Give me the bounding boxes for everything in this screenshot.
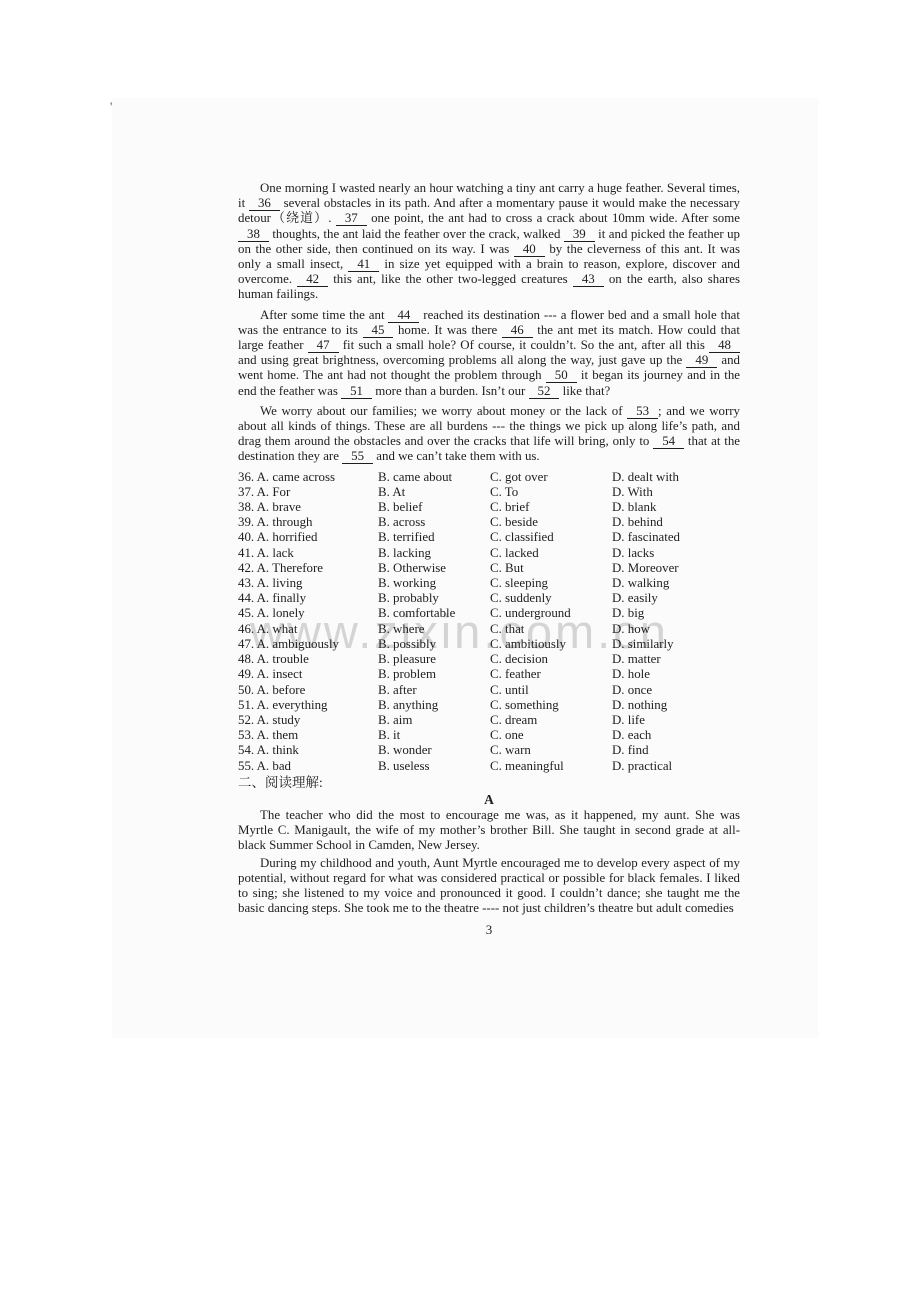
option-row-46: 46. A. whatB. whereC. thatD. how: [238, 622, 740, 637]
cloze-blank: 49: [686, 353, 717, 368]
option-c: C. one: [490, 728, 612, 743]
option-row-39: 39. A. throughB. acrossC. besideD. behin…: [238, 515, 740, 530]
option-c: C. classified: [490, 530, 612, 545]
reading-paragraph: During my childhood and youth, Aunt Myrt…: [238, 856, 740, 917]
option-b: B. useless: [378, 759, 490, 774]
option-c: C. dream: [490, 713, 612, 728]
option-a: 36. A. came across: [238, 470, 378, 485]
passage-label: A: [238, 792, 740, 808]
option-b: B. Otherwise: [378, 561, 490, 576]
option-c: C. feather: [490, 667, 612, 682]
option-b: B. across: [378, 515, 490, 530]
option-a: 50. A. before: [238, 683, 378, 698]
option-d: D. similarly: [612, 637, 740, 652]
option-c: C. But: [490, 561, 612, 576]
option-b: B. came about: [378, 470, 490, 485]
option-d: D. once: [612, 683, 740, 698]
page-number: 3: [238, 922, 740, 938]
option-a: 54. A. think: [238, 743, 378, 758]
option-d: D. Moreover: [612, 561, 740, 576]
cloze-paragraph: We worry about our families; we worry ab…: [238, 404, 740, 465]
scan-artifact-mark: ': [110, 99, 112, 115]
option-b: B. working: [378, 576, 490, 591]
option-row-42: 42. A. ThereforeB. OtherwiseC. ButD. Mor…: [238, 561, 740, 576]
option-d: D. easily: [612, 591, 740, 606]
option-d: D. nothing: [612, 698, 740, 713]
options-list: 36. A. came acrossB. came aboutC. got ov…: [238, 470, 740, 774]
option-row-36: 36. A. came acrossB. came aboutC. got ov…: [238, 470, 740, 485]
reading-paragraphs: The teacher who did the most to encourag…: [238, 808, 740, 916]
option-row-49: 49. A. insectB. problemC. featherD. hole: [238, 667, 740, 682]
option-b: B. where: [378, 622, 490, 637]
option-c: C. got over: [490, 470, 612, 485]
option-c: C. ambitiously: [490, 637, 612, 652]
option-b: B. after: [378, 683, 490, 698]
option-a: 43. A. living: [238, 576, 378, 591]
option-a: 37. A. For: [238, 485, 378, 500]
option-c: C. until: [490, 683, 612, 698]
option-row-47: 47. A. ambiguouslyB. possiblyC. ambitiou…: [238, 637, 740, 652]
option-a: 48. A. trouble: [238, 652, 378, 667]
option-row-50: 50. A. beforeB. afterC. untilD. once: [238, 683, 740, 698]
reading-paragraph: The teacher who did the most to encourag…: [238, 808, 740, 854]
option-c: C. warn: [490, 743, 612, 758]
option-c: C. that: [490, 622, 612, 637]
cloze-blank: 40: [514, 242, 545, 257]
option-b: B. problem: [378, 667, 490, 682]
option-a: 51. A. everything: [238, 698, 378, 713]
option-a: 53. A. them: [238, 728, 378, 743]
option-c: C. beside: [490, 515, 612, 530]
option-a: 40. A. horrified: [238, 530, 378, 545]
option-row-55: 55. A. badB. uselessC. meaningfulD. prac…: [238, 759, 740, 774]
option-c: C. suddenly: [490, 591, 612, 606]
section-heading: 二、阅读理解:: [238, 775, 740, 791]
option-row-43: 43. A. livingB. workingC. sleepingD. wal…: [238, 576, 740, 591]
option-a: 41. A. lack: [238, 546, 378, 561]
option-row-44: 44. A. finallyB. probablyC. suddenlyD. e…: [238, 591, 740, 606]
option-row-40: 40. A. horrifiedB. terrifiedC. classifie…: [238, 530, 740, 545]
option-b: B. comfortable: [378, 606, 490, 621]
cloze-blank: 46: [502, 323, 533, 338]
option-c: C. lacked: [490, 546, 612, 561]
option-b: B. At: [378, 485, 490, 500]
option-row-53: 53. A. themB. itC. oneD. each: [238, 728, 740, 743]
option-b: B. belief: [378, 500, 490, 515]
cloze-blank: 52: [529, 384, 560, 399]
option-row-41: 41. A. lackB. lackingC. lackedD. lacks: [238, 546, 740, 561]
option-row-48: 48. A. troubleB. pleasureC. decisionD. m…: [238, 652, 740, 667]
option-c: C. brief: [490, 500, 612, 515]
scanned-test-page: www.zixin.com.cn ' One morning I wasted …: [0, 0, 920, 1302]
page-content: One morning I wasted nearly an hour watc…: [238, 181, 740, 918]
cloze-blank: 51: [341, 384, 372, 399]
option-b: B. pleasure: [378, 652, 490, 667]
option-c: C. something: [490, 698, 612, 713]
cloze-blank: 43: [573, 272, 604, 287]
option-row-52: 52. A. studyB. aimC. dreamD. life: [238, 713, 740, 728]
option-a: 44. A. finally: [238, 591, 378, 606]
option-b: B. probably: [378, 591, 490, 606]
option-b: B. it: [378, 728, 490, 743]
cloze-blank: 48: [709, 338, 740, 353]
option-d: D. walking: [612, 576, 740, 591]
option-b: B. anything: [378, 698, 490, 713]
cloze-blank: 55: [342, 449, 373, 464]
option-a: 39. A. through: [238, 515, 378, 530]
option-row-51: 51. A. everythingB. anythingC. something…: [238, 698, 740, 713]
option-d: D. big: [612, 606, 740, 621]
cloze-paragraph: One morning I wasted nearly an hour watc…: [238, 181, 740, 303]
cloze-paragraph: After some time the ant 44 reached its d…: [238, 308, 740, 399]
option-c: C. meaningful: [490, 759, 612, 774]
option-a: 38. A. brave: [238, 500, 378, 515]
cloze-blank: 45: [363, 323, 394, 338]
option-row-54: 54. A. thinkB. wonderC. warnD. find: [238, 743, 740, 758]
option-row-45: 45. A. lonelyB. comfortableC. undergroun…: [238, 606, 740, 621]
option-a: 55. A. bad: [238, 759, 378, 774]
option-d: D. hole: [612, 667, 740, 682]
option-c: C. To: [490, 485, 612, 500]
option-d: D. find: [612, 743, 740, 758]
option-c: C. underground: [490, 606, 612, 621]
option-a: 49. A. insect: [238, 667, 378, 682]
option-b: B. terrified: [378, 530, 490, 545]
option-d: D. each: [612, 728, 740, 743]
option-a: 45. A. lonely: [238, 606, 378, 621]
option-d: D. behind: [612, 515, 740, 530]
option-d: D. practical: [612, 759, 740, 774]
option-d: D. blank: [612, 500, 740, 515]
option-b: B. wonder: [378, 743, 490, 758]
cloze-blank: 39: [564, 227, 595, 242]
option-b: B. possibly: [378, 637, 490, 652]
option-row-38: 38. A. braveB. beliefC. briefD. blank: [238, 500, 740, 515]
cloze-blank: 38: [238, 227, 269, 242]
option-b: B. lacking: [378, 546, 490, 561]
option-b: B. aim: [378, 713, 490, 728]
option-a: 46. A. what: [238, 622, 378, 637]
cloze-paragraphs: One morning I wasted nearly an hour watc…: [238, 181, 740, 465]
cloze-blank: 36: [249, 196, 280, 211]
option-a: 42. A. Therefore: [238, 561, 378, 576]
option-d: D. With: [612, 485, 740, 500]
option-d: D. life: [612, 713, 740, 728]
cloze-blank: 54: [653, 434, 684, 449]
option-c: C. decision: [490, 652, 612, 667]
option-a: 47. A. ambiguously: [238, 637, 378, 652]
cloze-blank: 50: [546, 368, 577, 383]
cloze-blank: 42: [297, 272, 328, 287]
cloze-blank: 41: [348, 257, 379, 272]
cloze-blank: 47: [308, 338, 339, 353]
option-d: D. dealt with: [612, 470, 740, 485]
option-d: D. fascinated: [612, 530, 740, 545]
option-d: D. matter: [612, 652, 740, 667]
option-d: D. lacks: [612, 546, 740, 561]
cloze-blank: 53: [627, 404, 658, 419]
option-row-37: 37. A. ForB. AtC. ToD. With: [238, 485, 740, 500]
cloze-blank: 37: [336, 211, 367, 226]
cloze-blank: 44: [388, 308, 419, 323]
option-c: C. sleeping: [490, 576, 612, 591]
option-d: D. how: [612, 622, 740, 637]
option-a: 52. A. study: [238, 713, 378, 728]
